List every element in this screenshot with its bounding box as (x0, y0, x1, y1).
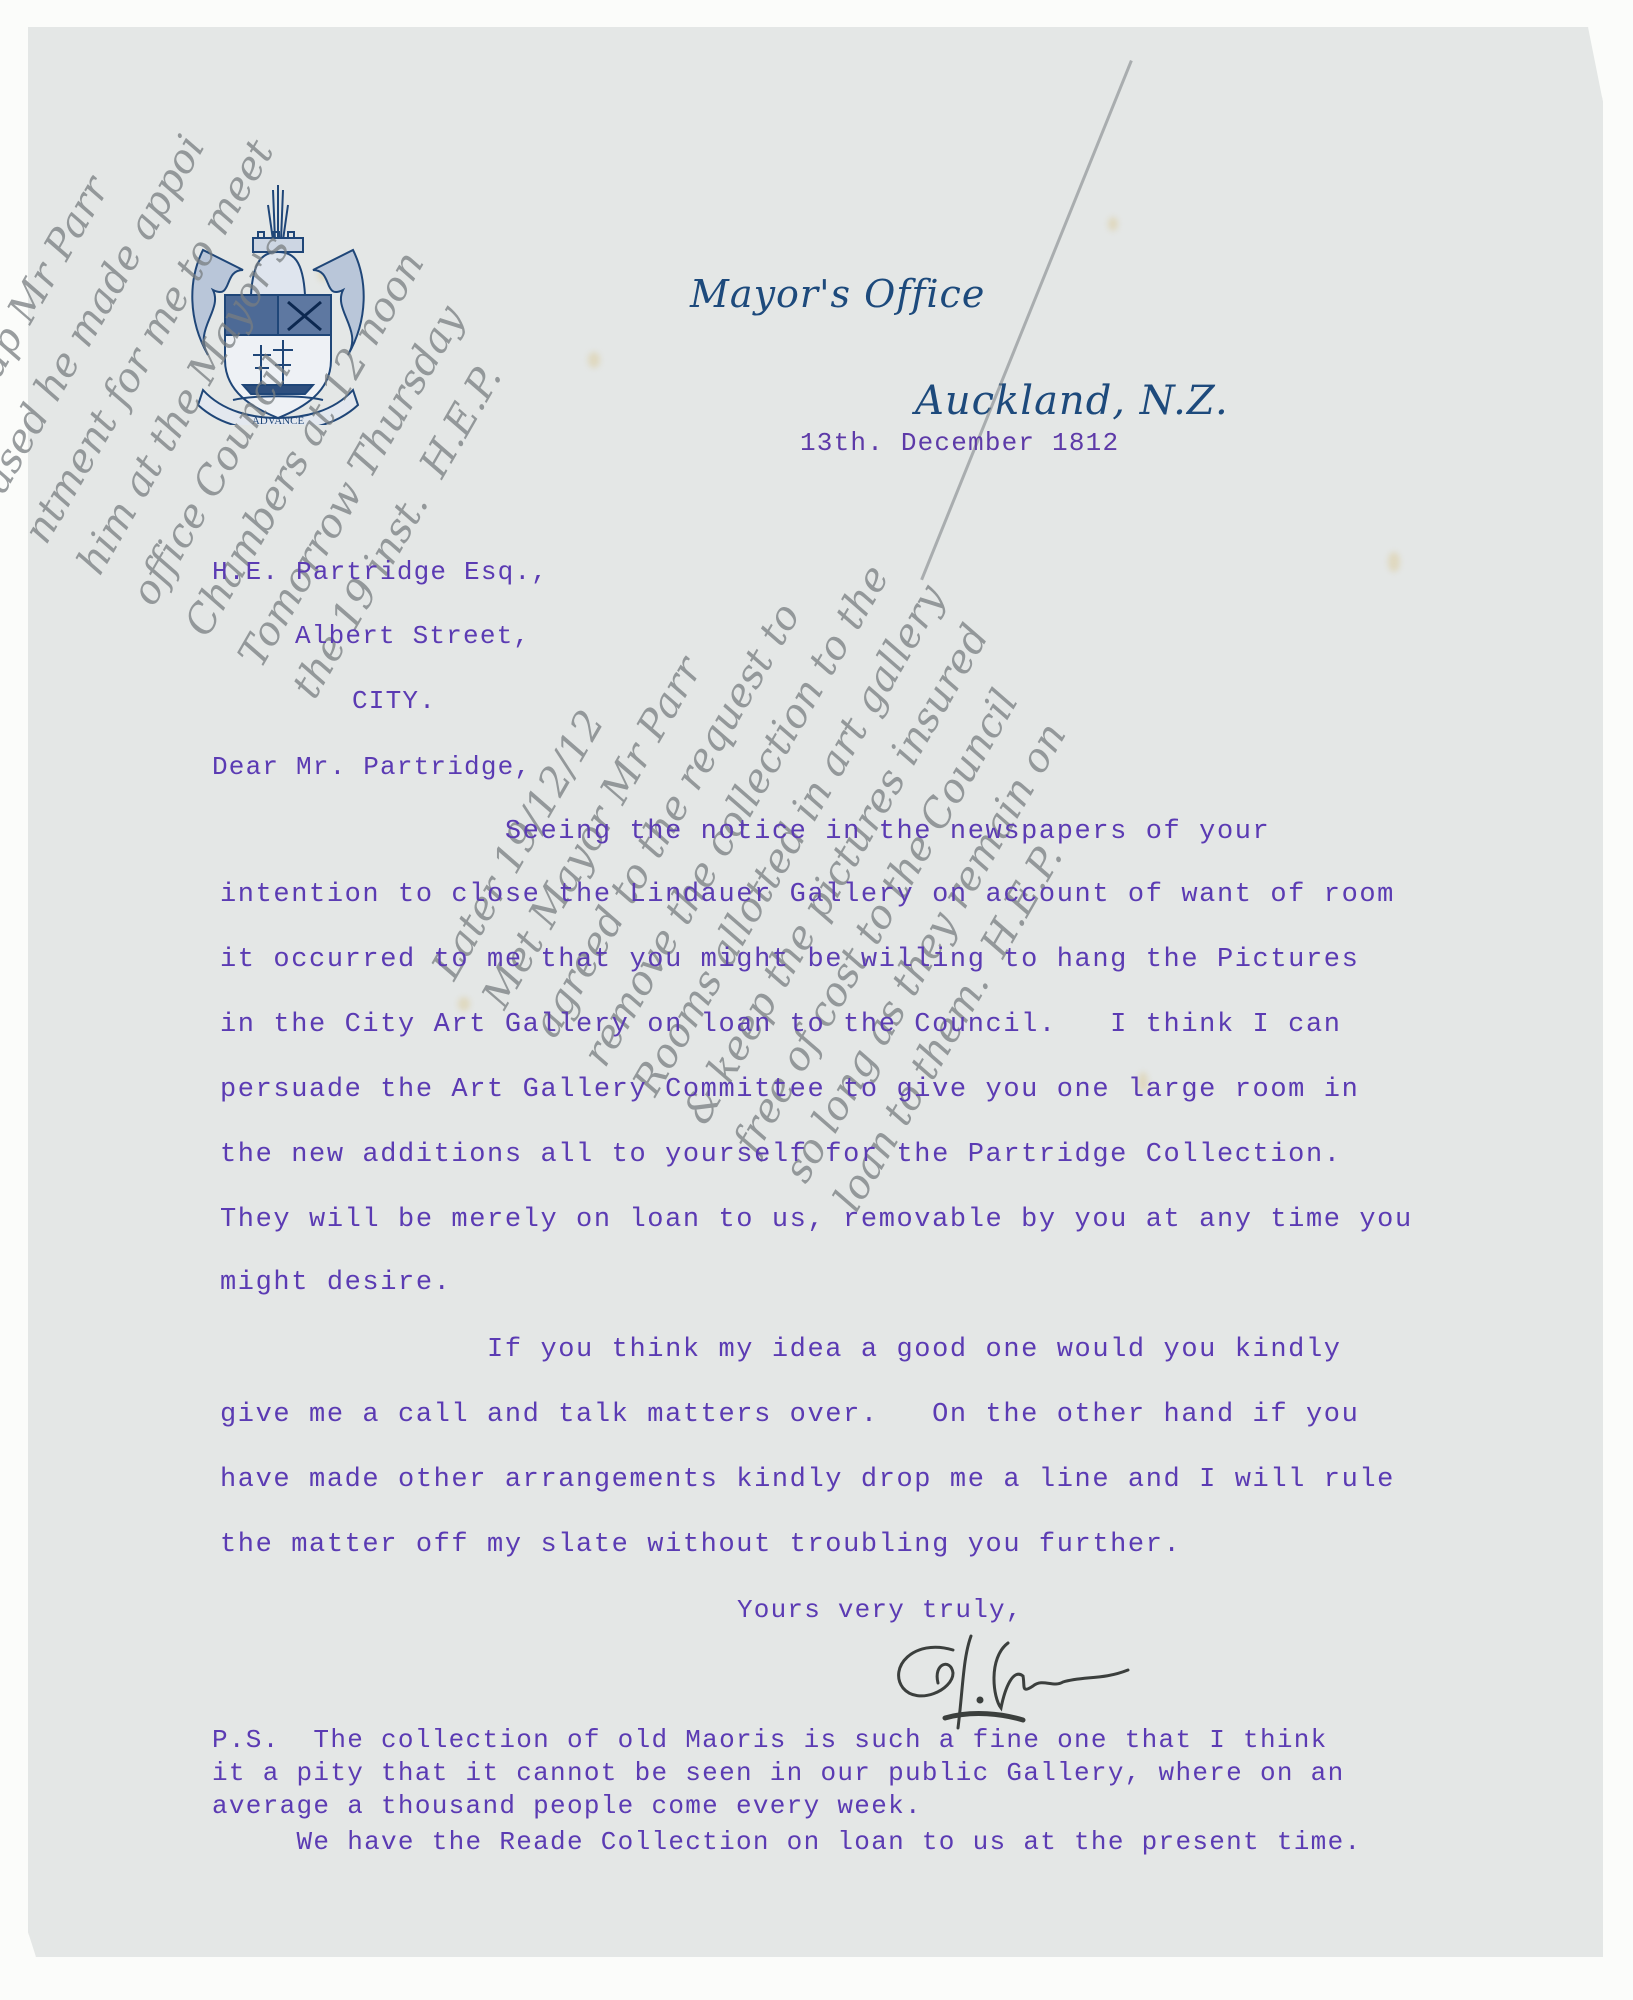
salutation: Dear Mr. Partridge, (212, 752, 531, 782)
recipient-street: Albert Street, (295, 621, 530, 651)
paper-stain (458, 997, 470, 1011)
signature-icon (893, 1628, 1133, 1738)
paper-stain (1108, 217, 1118, 231)
body-line: might desire. (220, 1268, 451, 1298)
body-line: They will be merely on loan to us, remov… (220, 1205, 1413, 1235)
recipient-city: CITY. (352, 686, 436, 716)
postscript-line: P.S. The collection of old Maoris is suc… (212, 1725, 1328, 1755)
closing: Yours very truly, (737, 1595, 1023, 1625)
body-line: have made other arrangements kindly drop… (220, 1465, 1395, 1495)
postscript-line: it a pity that it cannot be seen in our … (212, 1758, 1344, 1788)
body-line: in the City Art Gallery on loan to the C… (220, 1010, 1342, 1040)
body-line: the new additions all to yourself for th… (220, 1140, 1342, 1170)
postscript-line: We have the Reade Collection on loan to … (212, 1827, 1361, 1857)
body-line: persuade the Art Gallery Committee to gi… (220, 1075, 1359, 1105)
letterhead-city: Auckland, N.Z. (915, 378, 1229, 424)
body-line: If you think my idea a good one would yo… (220, 1335, 1342, 1365)
body-line: Seeing the notice in the newspapers of y… (220, 817, 1270, 847)
postscript-line: average a thousand people come every wee… (212, 1791, 922, 1821)
body-line: it occurred to me that you might be will… (220, 945, 1359, 975)
paper-stain (588, 352, 600, 368)
body-line: give me a call and talk matters over. On… (220, 1400, 1359, 1430)
body-line: the matter off my slate without troublin… (220, 1530, 1181, 1560)
letter-date: 13th. December 1812 (800, 428, 1119, 458)
letterhead-office: Mayor's Office (690, 272, 985, 316)
recipient-name: H.E. Partridge Esq., (212, 557, 548, 587)
paper-stain (1388, 552, 1400, 572)
body-line: intention to close the Lindauer Gallery … (220, 880, 1395, 910)
